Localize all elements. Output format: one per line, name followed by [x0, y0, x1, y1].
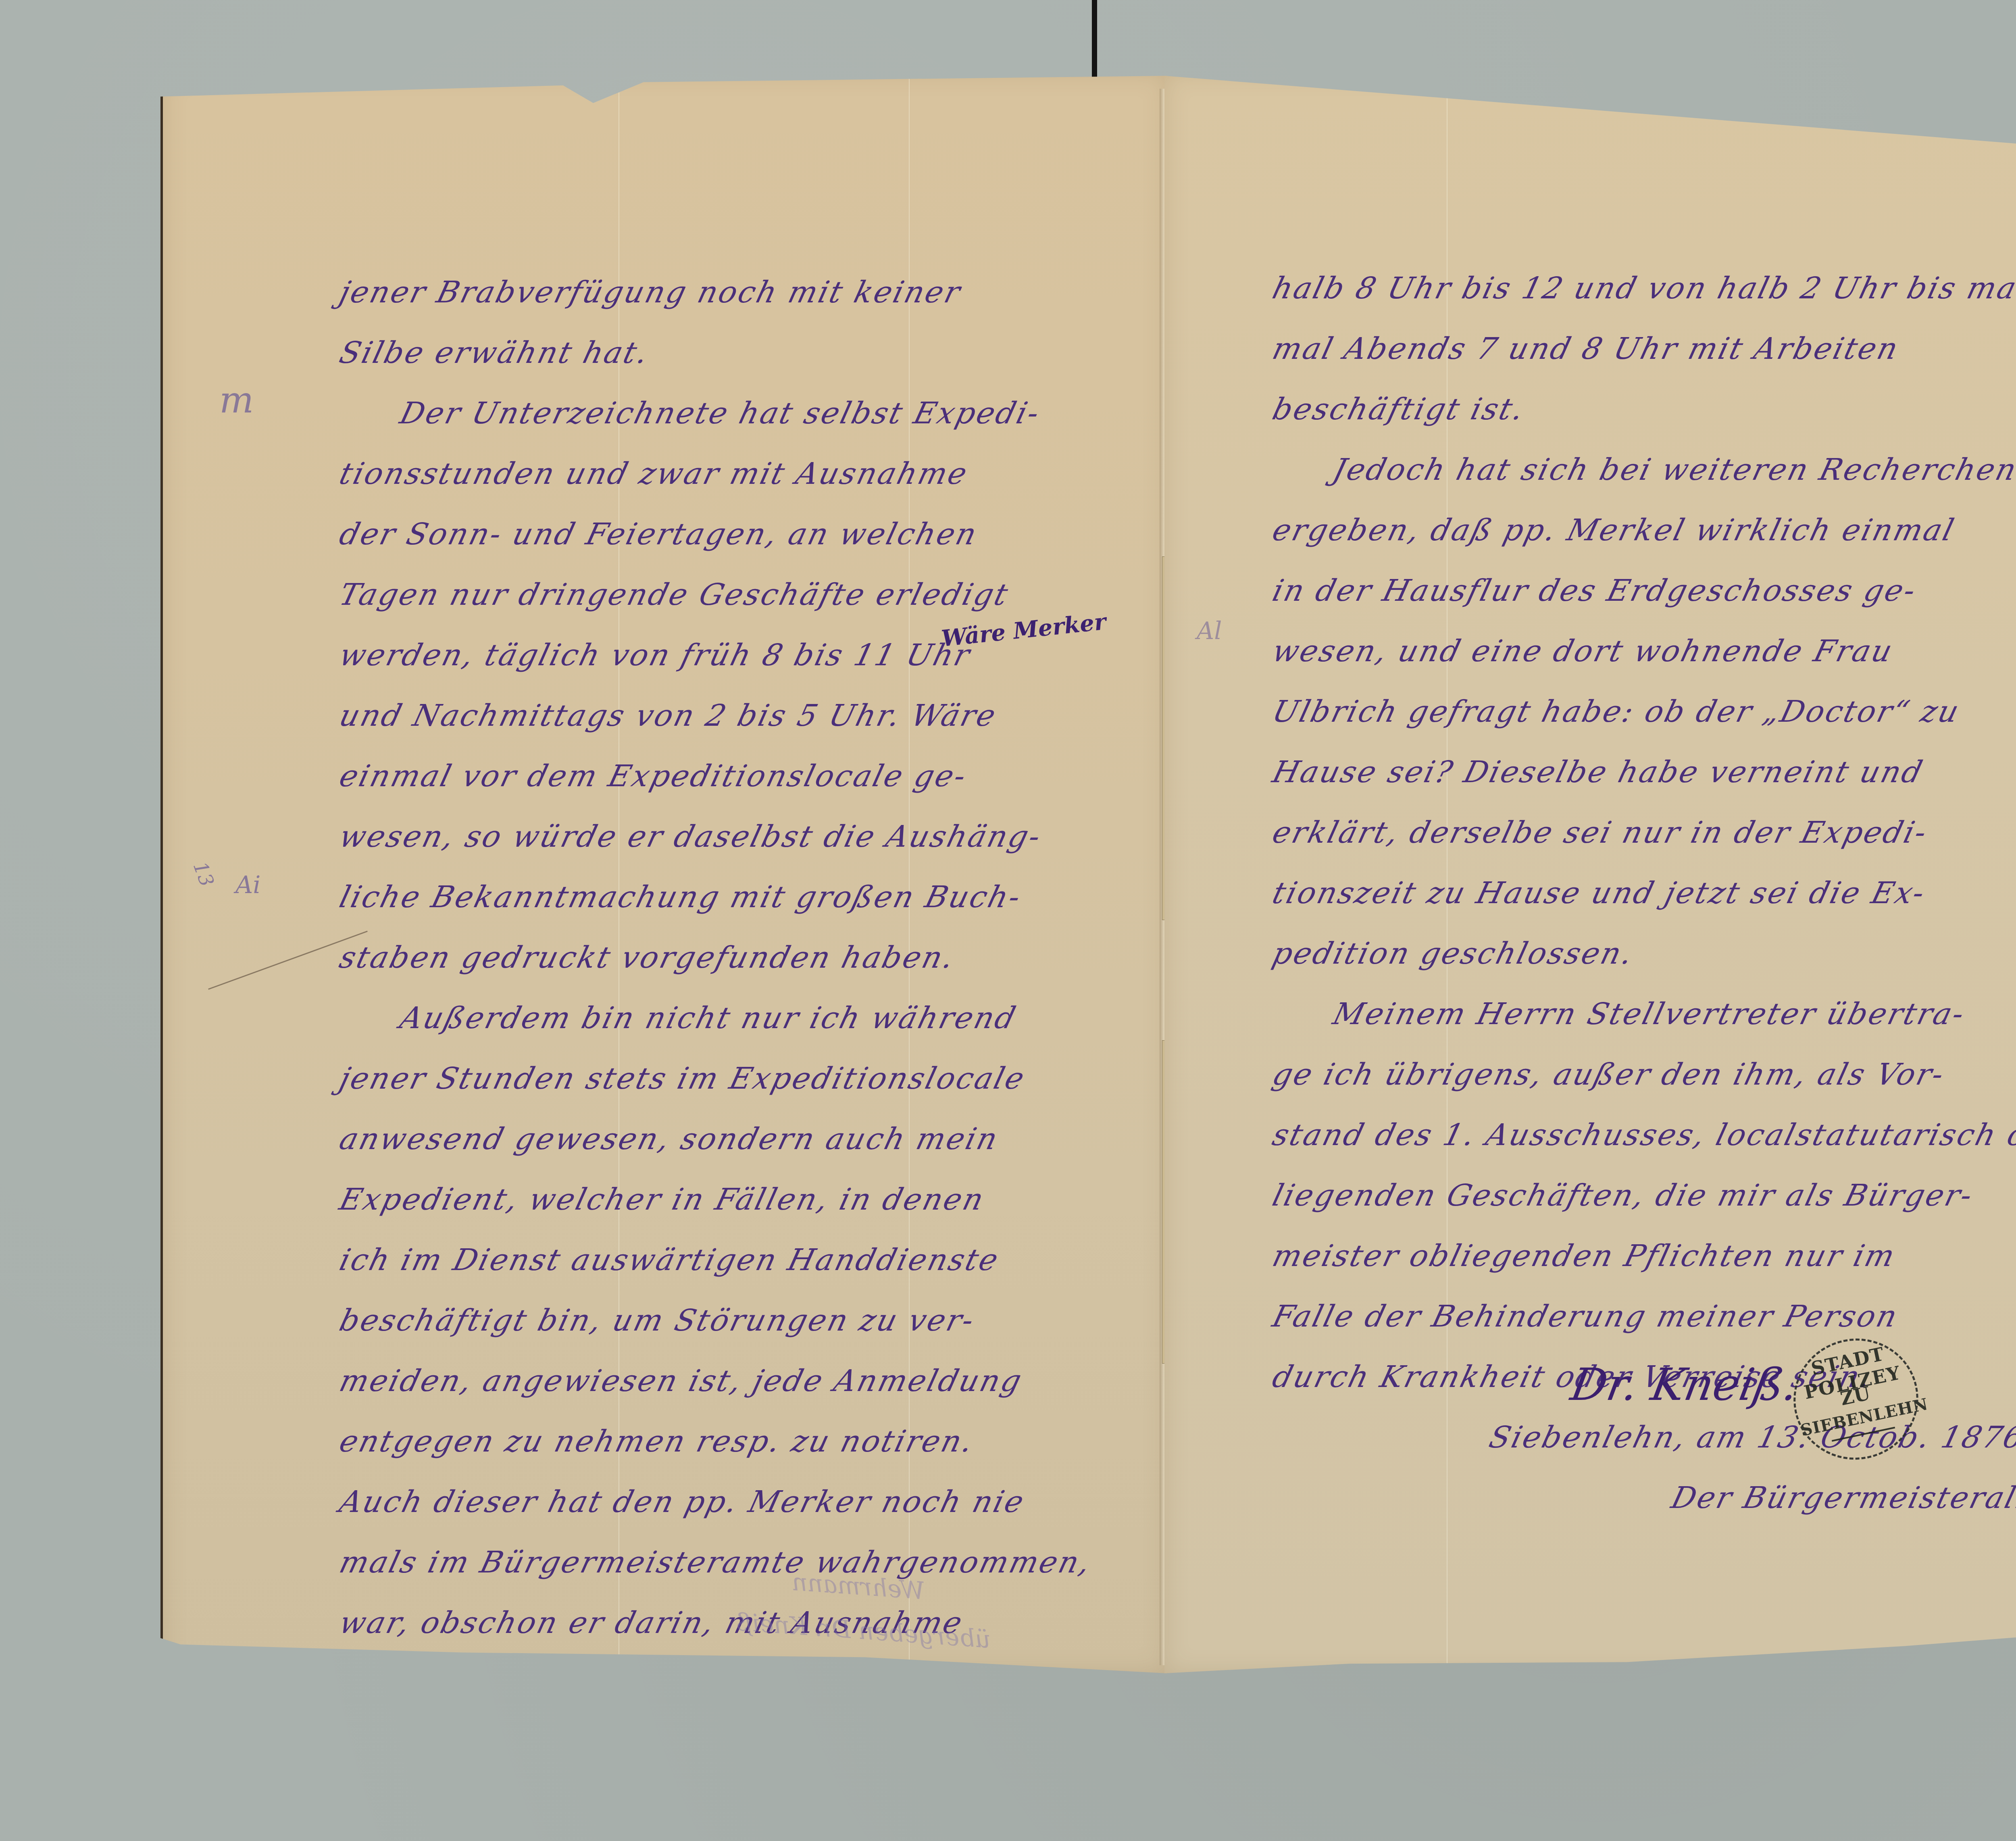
text-line: Auch dieser hat den pp. Merker noch nie [333, 1472, 1154, 1532]
text-line: stand des 1. Ausschusses, localstatutari… [1266, 1105, 2016, 1165]
text-line: beschäftigt ist. [1266, 379, 2016, 439]
office-line: Der Bürgermeisteralld. [1266, 1468, 2016, 1528]
text-line: der Sonn- und Feiertagen, an welchen [333, 504, 1154, 564]
text-line: tionszeit zu Hause und jetzt sei die Ex- [1266, 863, 2016, 923]
text-line: Meinem Herrn Stellvertreter übertra- [1266, 984, 2016, 1044]
left-page: m Ai 13 jener Brabverfügung noch mit kei… [160, 73, 1167, 1673]
text-line: in der Hausflur des Erdgeschosses ge- [1266, 560, 2016, 621]
text-line: Der Unterzeichnete hat selbst Expedi- [333, 383, 1154, 444]
margin-mark: 13 [189, 859, 219, 890]
text-line: wesen, und eine dort wohnende Frau [1266, 621, 2016, 681]
text-line: entgegen zu nehmen resp. zu notiren. [333, 1411, 1154, 1472]
text-line: Außerdem bin nicht nur ich während [333, 988, 1154, 1048]
text-line: Silbe erwähnt hat. [333, 323, 1154, 383]
text-line: einmal vor dem Expeditionslocale ge- [333, 746, 1154, 806]
text-line: liegenden Geschäften, die mir als Bürger… [1266, 1165, 2016, 1226]
text-line: ergeben, daß pp. Merkel wirklich einmal [1266, 500, 2016, 560]
text-line: wesen, so würde er daselbst die Aushäng- [333, 806, 1154, 867]
text-line: und Nachmittags von 2 bis 5 Uhr. Wäre [333, 685, 1154, 746]
binder-strip [1092, 0, 1097, 83]
text-line: meiden, angewiesen ist, jede Anmeldung [333, 1351, 1154, 1411]
text-line: tionsstunden und zwar mit Ausnahme [333, 444, 1154, 504]
text-line: anwesend gewesen, sondern auch mein [333, 1109, 1154, 1169]
signature: Dr. Kneiß. [1567, 1359, 1802, 1410]
text-line: ich im Dienst auswärtigen Handdienste [333, 1230, 1154, 1290]
text-line: Expedient, welcher in Fällen, in denen [333, 1169, 1154, 1230]
left-page-text: jener Brabverfügung noch mit keiner Silb… [340, 262, 1147, 1714]
margin-mark: Al [1197, 617, 1222, 645]
margin-mark: Ai [235, 871, 261, 899]
text-line: Hause sei? Dieselbe habe verneint und [1266, 742, 2016, 802]
margin-mark: m [219, 379, 254, 421]
text-line: staben gedruckt vorgefunden haben. [333, 927, 1154, 988]
text-line: Jedoch hat sich bei weiteren Recherchen [1266, 439, 2016, 500]
text-line: mal Abends 7 und 8 Uhr mit Arbeiten [1266, 319, 2016, 379]
document-spread: m Ai 13 jener Brabverfügung noch mit kei… [160, 73, 2016, 1673]
text-line: jener Stunden stets im Expeditionslocale [333, 1048, 1154, 1109]
text-line: ge ich übrigens, außer den ihm, als Vor- [1266, 1044, 2016, 1105]
text-line: beschäftigt bin, um Störungen zu ver- [333, 1290, 1154, 1351]
text-line: meister obliegenden Pflichten nur im [1266, 1226, 2016, 1286]
right-page: Al halb 8 Uhr bis 12 und von halb 2 Uhr … [1164, 73, 2016, 1673]
text-line: Falle der Behinderung meiner Person [1266, 1286, 2016, 1347]
text-line: Ulbrich gefragt habe: ob der „Doctor“ zu [1266, 681, 2016, 742]
text-line: liche Bekanntmachung mit großen Buch- [333, 867, 1154, 927]
text-line: erklärt, derselbe sei nur in der Expedi- [1266, 802, 2016, 863]
text-line: halb 8 Uhr bis 12 und von halb 2 Uhr bis… [1266, 258, 2016, 319]
text-line: jener Brabverfügung noch mit keiner [333, 262, 1154, 323]
text-line: pedition geschlossen. [1266, 923, 2016, 984]
text-line: mals im Bürgermeisteramte wahrgenommen, [333, 1532, 1154, 1593]
